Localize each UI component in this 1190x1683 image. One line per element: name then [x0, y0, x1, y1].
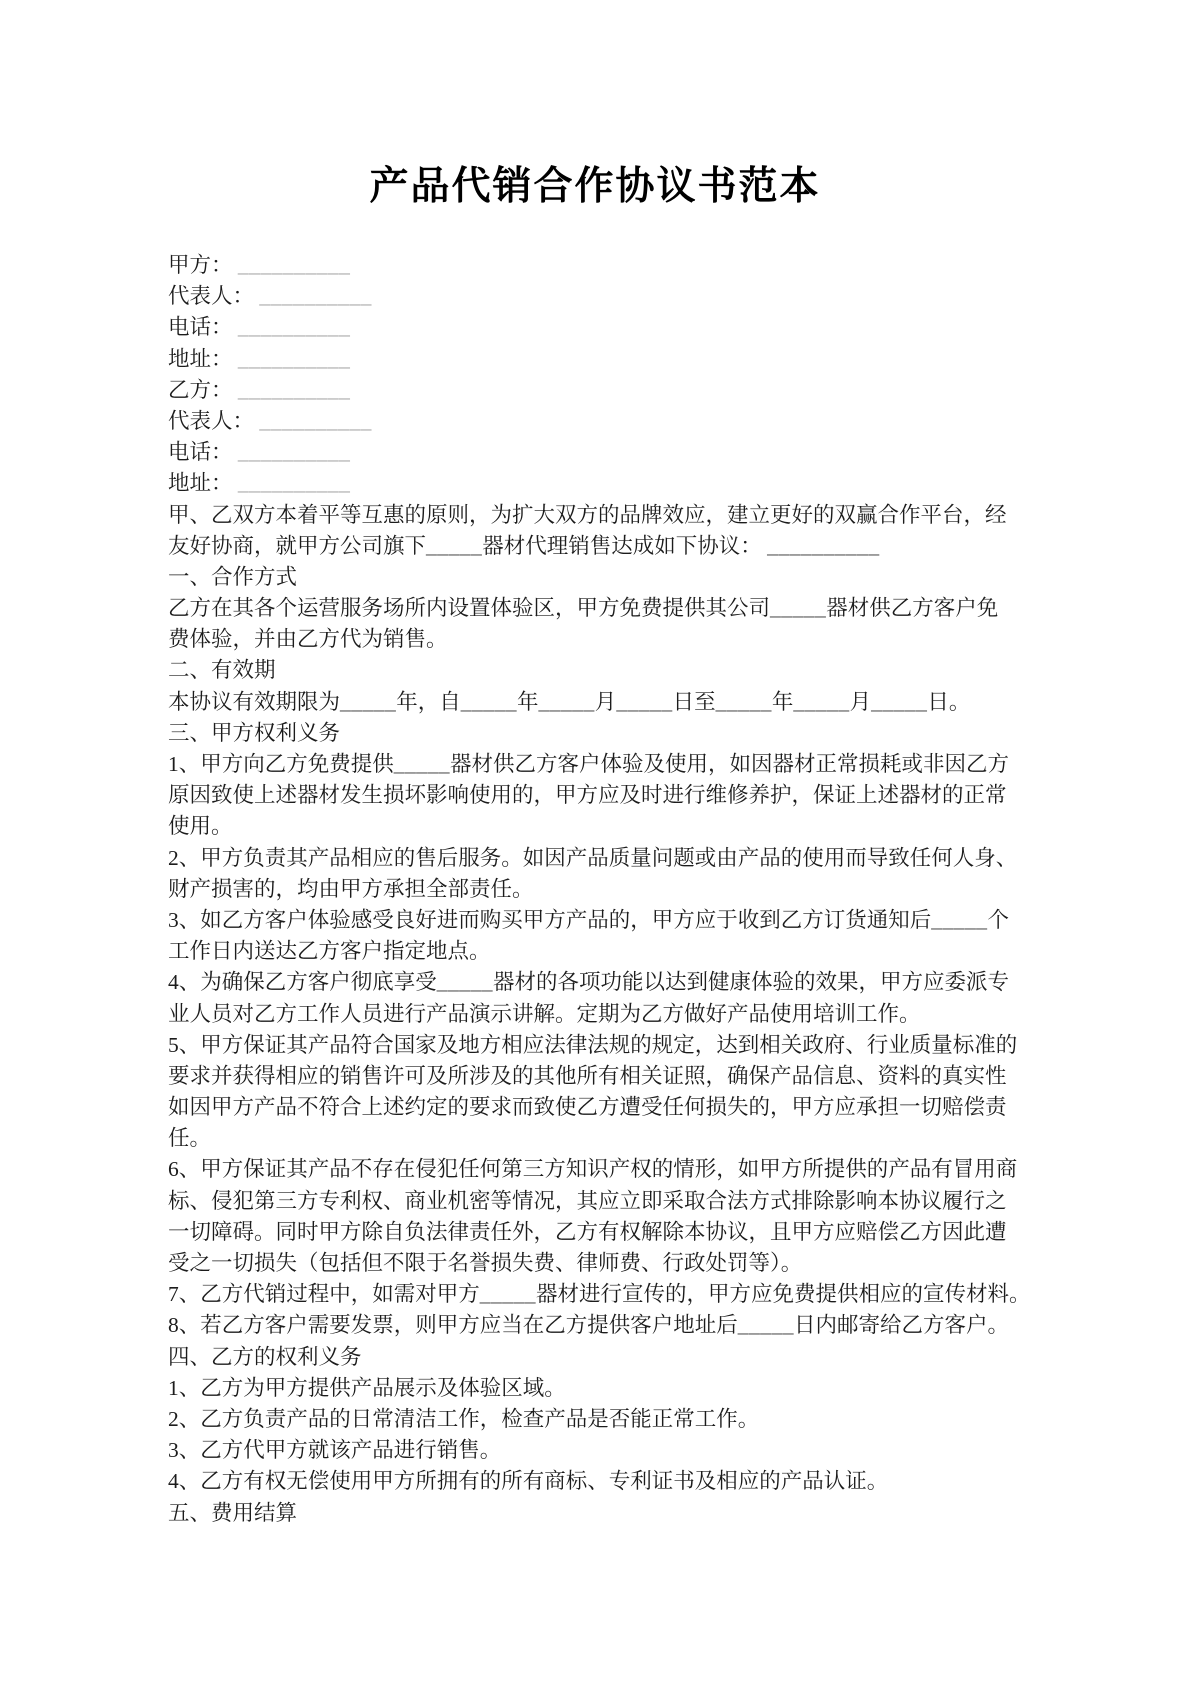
line-text: 年，自	[396, 690, 461, 714]
line-text: 费体验，并由乙方代为销售。	[168, 627, 448, 651]
fill-in-blank: _____	[793, 690, 849, 714]
document-line-heading: 五、费用结算	[168, 1498, 1022, 1529]
fill-in-blank: __________	[238, 378, 351, 402]
document-line-field: 电话： __________	[168, 437, 1022, 468]
line-text: 月	[850, 690, 872, 714]
document-line-field: 电话： __________	[168, 312, 1022, 343]
document-line-text: 原因致使上述器材发生损坏影响使用的，甲方应及时进行维修养护，保证上述器材的正常	[168, 780, 1022, 811]
document-line-field: 代表人： __________	[168, 281, 1022, 312]
line-text: 本协议有效期限为	[168, 690, 340, 714]
fill-in-blank: __________	[238, 440, 351, 464]
document-line-field: 地址： __________	[168, 344, 1022, 375]
document-line-text: 财产损害的，均由甲方承担全部责任。	[168, 874, 1022, 905]
document-line-text: 6、甲方保证其产品不存在侵犯任何第三方知识产权的情形，如甲方所提供的产品有冒用商	[168, 1154, 1022, 1185]
document-line-text: 业人员对乙方工作人员进行产品演示讲解。定期为乙方做好产品使用培训工作。	[168, 999, 1022, 1030]
line-text: 二、有效期	[168, 658, 276, 682]
document-line-text: 2、甲方负责其产品相应的售后服务。如因产品质量问题或由产品的使用而导致任何人身、	[168, 843, 1022, 874]
document-line-text: 标、侵犯第三方专利权、商业机密等情况，其应立即采取合法方式排除影响本协议履行之	[168, 1186, 1022, 1217]
line-text: 年	[772, 690, 794, 714]
line-text: 标、侵犯第三方专利权、商业机密等情况，其应立即采取合法方式排除影响本协议履行之	[168, 1189, 1007, 1213]
document-line-text: 4、乙方有权无偿使用甲方所拥有的所有商标、专利证书及相应的产品认证。	[168, 1466, 1022, 1497]
fill-in-blank: _____	[340, 690, 396, 714]
line-text: 如因甲方产品不符合上述约定的要求而致使乙方遭受任何损失的，甲方应承担一切赔偿责	[168, 1095, 1007, 1119]
document-line-text: 1、甲方向乙方免费提供_____器材供乙方客户体验及使用，如因器材正常损耗或非因…	[168, 749, 1022, 780]
line-text: 一切障碍。同时甲方除自负法律责任外，乙方有权解除本协议，且甲方应赔偿乙方因此遭	[168, 1220, 1007, 1244]
line-text: 甲、乙双方本着平等互惠的原则，为扩大双方的品牌效应，建立更好的双赢合作平台，经	[168, 503, 1007, 527]
document-line-text: 7、乙方代销过程中，如需对甲方_____器材进行宣传的，甲方应免费提供相应的宣传…	[168, 1279, 1022, 1310]
document-line-text: 3、乙方代甲方就该产品进行销售。	[168, 1435, 1022, 1466]
document-line-text: 2、乙方负责产品的日常清洁工作，检查产品是否能正常工作。	[168, 1404, 1022, 1435]
fill-in-blank: __________	[238, 315, 351, 339]
line-text: 3、乙方代甲方就该产品进行销售。	[168, 1438, 501, 1462]
document-title: 产品代销合作协议书范本	[0, 0, 1190, 212]
line-text: 乙方：	[168, 378, 238, 402]
line-text: 代表人：	[168, 284, 259, 308]
line-text: 4、乙方有权无偿使用甲方所拥有的所有商标、专利证书及相应的产品认证。	[168, 1469, 888, 1493]
document-line-text: 工作日内送达乙方客户指定地点。	[168, 936, 1022, 967]
line-text: 1、乙方为甲方提供产品展示及体验区域。	[168, 1376, 566, 1400]
line-text: 2、甲方负责其产品相应的售后服务。如因产品质量问题或由产品的使用而导致任何人身、	[168, 846, 1017, 870]
document-line-text: 本协议有效期限为_____年，自_____年_____月_____日至_____…	[168, 687, 1022, 718]
document-line-field: 地址： __________	[168, 468, 1022, 499]
line-text: 工作日内送达乙方客户指定地点。	[168, 939, 491, 963]
fill-in-blank: _____	[931, 908, 987, 932]
line-text: 年	[517, 690, 539, 714]
line-text: 日内邮寄给乙方客户。	[794, 1313, 1009, 1337]
line-text: 代表人：	[168, 409, 259, 433]
line-text: 4、为确保乙方客户彻底享受	[168, 970, 437, 994]
line-text: 月	[595, 690, 617, 714]
line-text: 日。	[927, 690, 970, 714]
document-line-text: 受之一切损失（包括但不限于名誉损失费、律师费、行政处罚等）。	[168, 1248, 1022, 1279]
document-line-text: 8、若乙方客户需要发票，则甲方应当在乙方提供客户地址后_____日内邮寄给乙方客…	[168, 1310, 1022, 1341]
line-text: 电话：	[168, 440, 238, 464]
line-text: 一、合作方式	[168, 565, 297, 589]
fill-in-blank: _____	[738, 1313, 794, 1337]
fill-in-blank: _____	[461, 690, 517, 714]
document-line-heading: 三、甲方权利义务	[168, 718, 1022, 749]
line-text: 财产损害的，均由甲方承担全部责任。	[168, 877, 534, 901]
line-text: 友好协商，就甲方公司旗下	[168, 534, 426, 558]
document-body: 甲方： __________代表人： __________电话： _______…	[168, 250, 1022, 1529]
fill-in-blank: _____	[426, 534, 482, 558]
line-text: 器材供乙方客户免	[826, 596, 998, 620]
line-text: 日至	[673, 690, 716, 714]
line-text: 原因致使上述器材发生损坏影响使用的，甲方应及时进行维修养护，保证上述器材的正常	[168, 783, 1007, 807]
line-text: 器材的各项功能以达到健康体验的效果，甲方应委派专	[493, 970, 1009, 994]
document-line-text: 要求并获得相应的销售许可及所涉及的其他所有相关证照，确保产品信息、资料的真实性	[168, 1061, 1022, 1092]
line-text: 3、如乙方客户体验感受良好进而购买甲方产品的，甲方应于收到乙方订货通知后	[168, 908, 931, 932]
line-text: 五、费用结算	[168, 1501, 297, 1525]
line-text: 7、乙方代销过程中，如需对甲方	[168, 1282, 480, 1306]
fill-in-blank: _____	[394, 752, 450, 776]
line-text: 器材代理销售达成如下协议：	[482, 534, 767, 558]
line-text: 受之一切损失（包括但不限于名誉损失费、律师费、行政处罚等）。	[168, 1251, 802, 1275]
fill-in-blank: __________	[767, 534, 880, 558]
line-text: 地址：	[168, 347, 238, 371]
line-text: 三、甲方权利义务	[168, 721, 340, 745]
document-line-intro: 友好协商，就甲方公司旗下_____器材代理销售达成如下协议： _________…	[168, 531, 1022, 562]
line-text: 业人员对乙方工作人员进行产品演示讲解。定期为乙方做好产品使用培训工作。	[168, 1002, 921, 1026]
line-text: 电话：	[168, 315, 238, 339]
document-line-text: 乙方在其各个运营服务场所内设置体验区，甲方免费提供其公司_____器材供乙方客户…	[168, 593, 1022, 624]
line-text: 1、甲方向乙方免费提供	[168, 752, 394, 776]
document-line-text: 费体验，并由乙方代为销售。	[168, 624, 1022, 655]
line-text: 四、乙方的权利义务	[168, 1345, 362, 1369]
line-text: 个	[988, 908, 1010, 932]
document-line-text: 任。	[168, 1123, 1022, 1154]
document-line-text: 如因甲方产品不符合上述约定的要求而致使乙方遭受任何损失的，甲方应承担一切赔偿责	[168, 1092, 1022, 1123]
document-line-text: 甲、乙双方本着平等互惠的原则，为扩大双方的品牌效应，建立更好的双赢合作平台，经	[168, 500, 1022, 531]
fill-in-blank: __________	[259, 284, 372, 308]
document-line-field: 代表人： __________	[168, 406, 1022, 437]
document-line-field: 甲方： __________	[168, 250, 1022, 281]
document-line-heading: 二、有效期	[168, 655, 1022, 686]
document-line-field: 乙方： __________	[168, 375, 1022, 406]
document-line-text: 使用。	[168, 811, 1022, 842]
fill-in-blank: _____	[871, 690, 927, 714]
line-text: 8、若乙方客户需要发票，则甲方应当在乙方提供客户地址后	[168, 1313, 738, 1337]
line-text: 5、甲方保证其产品符合国家及地方相应法律法规的规定，达到相关政府、行业质量标准的	[168, 1033, 1017, 1057]
line-text: 2、乙方负责产品的日常清洁工作，检查产品是否能正常工作。	[168, 1407, 759, 1431]
line-text: 要求并获得相应的销售许可及所涉及的其他所有相关证照，确保产品信息、资料的真实性	[168, 1064, 1007, 1088]
fill-in-blank: _____	[480, 1282, 536, 1306]
fill-in-blank: _____	[716, 690, 772, 714]
fill-in-blank: _____	[437, 970, 493, 994]
document-line-heading: 四、乙方的权利义务	[168, 1342, 1022, 1373]
fill-in-blank: _____	[616, 690, 672, 714]
document-line-text: 5、甲方保证其产品符合国家及地方相应法律法规的规定，达到相关政府、行业质量标准的	[168, 1030, 1022, 1061]
line-text: 甲方：	[168, 253, 238, 277]
document-line-text: 3、如乙方客户体验感受良好进而购买甲方产品的，甲方应于收到乙方订货通知后____…	[168, 905, 1022, 936]
line-text: 乙方在其各个运营服务场所内设置体验区，甲方免费提供其公司	[168, 596, 770, 620]
fill-in-blank: __________	[238, 347, 351, 371]
line-text: 任。	[168, 1126, 211, 1150]
line-text: 6、甲方保证其产品不存在侵犯任何第三方知识产权的情形，如甲方所提供的产品有冒用商	[168, 1157, 1017, 1181]
line-text: 使用。	[168, 814, 233, 838]
fill-in-blank: __________	[259, 409, 372, 433]
fill-in-blank: _____	[539, 690, 595, 714]
document-line-heading: 一、合作方式	[168, 562, 1022, 593]
fill-in-blank: __________	[238, 253, 351, 277]
line-text: 地址：	[168, 471, 238, 495]
document-line-text: 1、乙方为甲方提供产品展示及体验区域。	[168, 1373, 1022, 1404]
fill-in-blank: _____	[770, 596, 826, 620]
fill-in-blank: __________	[238, 471, 351, 495]
line-text: 器材进行宣传的，甲方应免费提供相应的宣传材料。	[536, 1282, 1031, 1306]
document-line-text: 一切障碍。同时甲方除自负法律责任外，乙方有权解除本协议，且甲方应赔偿乙方因此遭	[168, 1217, 1022, 1248]
document-line-text: 4、为确保乙方客户彻底享受_____器材的各项功能以达到健康体验的效果，甲方应委…	[168, 967, 1022, 998]
contract-document-page: 产品代销合作协议书范本 甲方： __________代表人： _________…	[0, 0, 1190, 1683]
line-text: 器材供乙方客户体验及使用，如因器材正常损耗或非因乙方	[450, 752, 1009, 776]
